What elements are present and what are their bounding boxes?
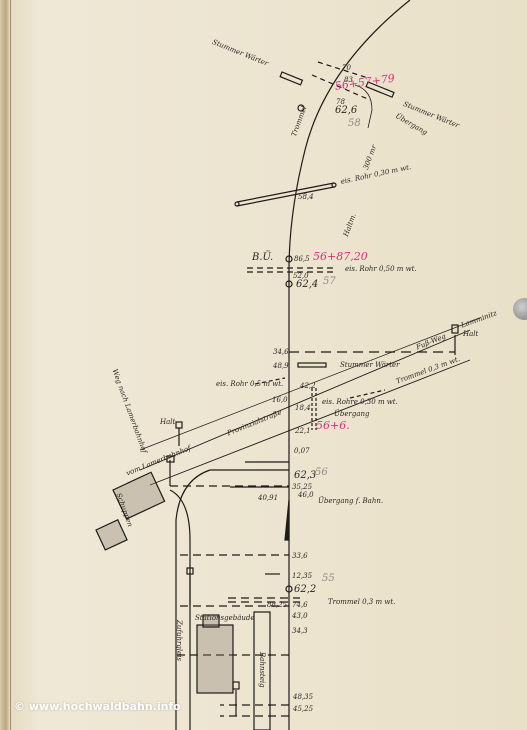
label-pipe-mid: eis. Rohr 0,50 m wt. (345, 265, 417, 273)
label-pipe-bottom: Trommel 0,3 m wt. (328, 598, 395, 606)
label-km-422: 42,2 (300, 382, 316, 390)
label-halt-right: Halt (463, 330, 478, 338)
label-km-746: 74,6 (292, 601, 308, 609)
label-km-3525: 35,25 (292, 483, 312, 491)
label-station-low: 62,3 (294, 470, 316, 481)
label-pencil-low: 56 (315, 467, 328, 478)
label-km-red-lower: 56+6. (316, 419, 350, 432)
label-km-336: 33,6 (292, 552, 308, 560)
label-pipe-lower: eis. Rohre 0,30 m wt. (322, 398, 398, 406)
label-km-4835: 48,35 (293, 693, 313, 701)
station-building (197, 625, 233, 693)
label-pipe-left-lower: eis. Rohr 0,5 m wt. (216, 380, 283, 388)
label-pipe-left-km: 16,0 (272, 396, 288, 404)
label-km-007: 0,07 (294, 447, 310, 455)
label-km-8825: 88,25 (267, 601, 287, 609)
label-crossing-low: Übergang f. Bahn. (318, 497, 383, 505)
label-bf-km: 86,5 (294, 255, 310, 263)
label-station-top: 62,6 (335, 105, 357, 116)
label-building-bottom: Stationsgebäude (195, 614, 255, 622)
label-km-red-mid: 56+87,20 (313, 250, 368, 263)
label-pencil-mid: 57 (323, 276, 336, 287)
label-small-a: 70 (342, 64, 351, 72)
label-signal-mid: Stummer Wärter (340, 361, 400, 369)
label-halt-left: Halt (160, 418, 175, 426)
label-km-4091: 40,91 (258, 494, 278, 502)
label-km-1235: 12,35 (292, 572, 312, 580)
label-pipe-upper-km: 58,4 (298, 193, 314, 201)
label-km-4525: 45,25 (293, 705, 313, 713)
label-platform: Bahnsteig (258, 652, 266, 688)
label-km-460: 46,0 (298, 491, 314, 499)
label-station-bottom: 62,2 (294, 584, 316, 595)
watermark: © www.hochwaldbahn.info (14, 700, 181, 713)
label-km-184: 18,4 (295, 404, 311, 412)
label-station-mid: 62,4 (296, 279, 318, 290)
label-bf: B.Ü. (252, 252, 273, 263)
label-km-430: 43,0 (292, 612, 308, 620)
label-crossing-mid: Übergang (334, 410, 370, 418)
label-track-bottom-left: Zufuhrgleis (175, 620, 183, 661)
label-km-346: 34,6 (273, 348, 289, 356)
signal-left-top (280, 72, 302, 85)
label-km-489: 48,9 (273, 362, 289, 370)
label-pencil-top: 58 (348, 118, 361, 129)
label-km-221: 22,1 (295, 427, 311, 435)
label-km-343: 34,3 (292, 627, 308, 635)
label-pencil-bottom: 55 (322, 573, 335, 584)
track-plan-page: Stummer Wärter 70 83 56+57+79 78 62,6 58… (0, 0, 527, 730)
